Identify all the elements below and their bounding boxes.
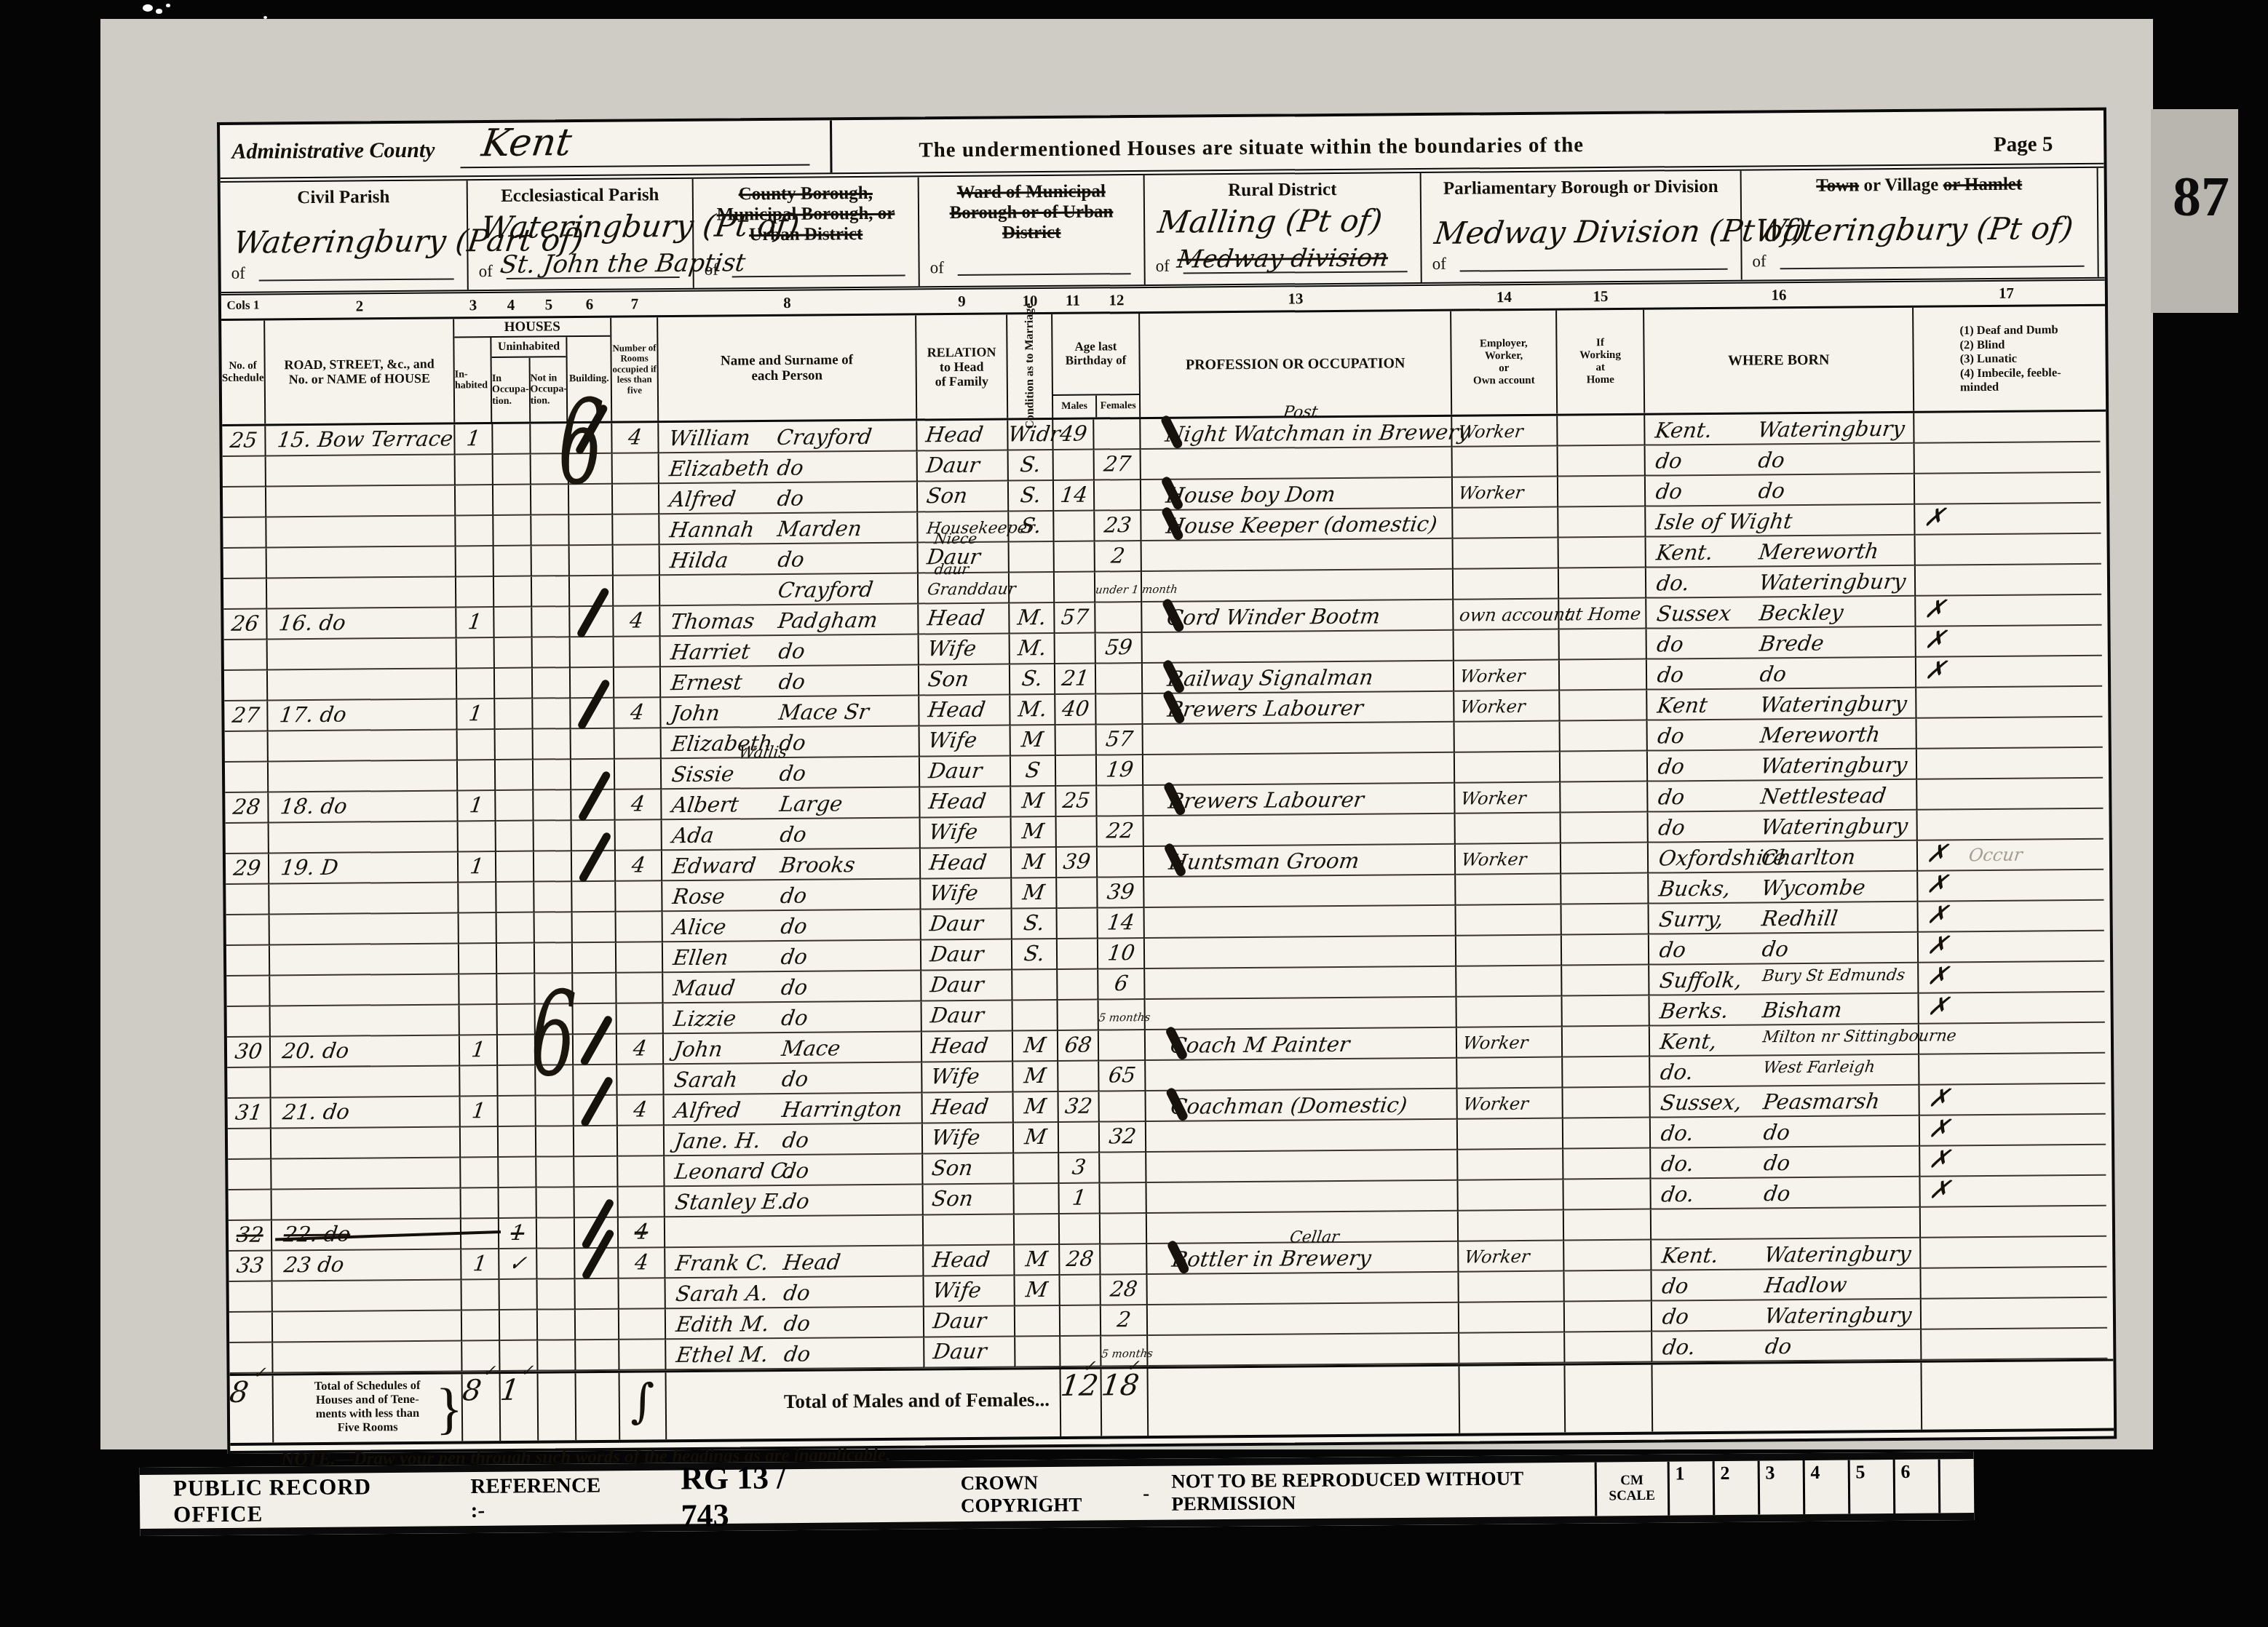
table-header-row: No. of ScheduleROAD, STREET, &c., andNo.… bbox=[221, 306, 2106, 426]
cell-age-male bbox=[1055, 634, 1096, 664]
cell-age-male: 49 bbox=[1053, 420, 1094, 450]
cell-at-home bbox=[1563, 1118, 1651, 1150]
cell-inhabited bbox=[456, 516, 493, 546]
cell-at-home bbox=[1559, 568, 1646, 600]
cell-age-male: 68 bbox=[1058, 1031, 1099, 1062]
cell-at-home bbox=[1560, 629, 1647, 661]
cell-age-male bbox=[1058, 970, 1098, 1001]
totcell-empty bbox=[576, 1373, 621, 1440]
cell-inhabited bbox=[461, 1127, 499, 1158]
born-place: Nettlestead bbox=[1759, 783, 1887, 808]
scan-speck bbox=[166, 4, 170, 7]
cell-building bbox=[573, 912, 616, 943]
cell-at-home bbox=[1561, 813, 1649, 844]
condition-value: M. bbox=[1016, 605, 1047, 629]
employer-value: Worker bbox=[1451, 421, 1525, 442]
header-age-label: Age last Birthday of bbox=[1052, 314, 1139, 394]
cell-age-male bbox=[1060, 1306, 1101, 1337]
cell-in-occupation bbox=[493, 485, 531, 516]
cell-name: ThomasPadgham bbox=[660, 604, 919, 637]
cell-in-occupation bbox=[495, 638, 533, 669]
infirmity-cross: ✗ bbox=[1927, 1083, 1951, 1113]
cell-inhabited: 1 bbox=[457, 699, 495, 730]
name-surname: do bbox=[781, 1128, 811, 1153]
cell-employer bbox=[1459, 1211, 1564, 1242]
relation-value: Head bbox=[921, 1094, 990, 1120]
cell-in-occupation bbox=[494, 608, 532, 638]
cell-road bbox=[266, 455, 456, 487]
cell-at-home bbox=[1561, 843, 1649, 875]
total-males-females-label-cell: Total of Males and of Females... bbox=[667, 1369, 1062, 1439]
schedule-number: 27 bbox=[231, 703, 261, 728]
cell-road: 20. do bbox=[271, 1035, 460, 1067]
cell-name: Alfreddo bbox=[659, 482, 918, 514]
cell-relation: Daur bbox=[924, 1306, 1015, 1337]
cell-in-occupation bbox=[500, 1310, 538, 1341]
relation-value: Daur bbox=[920, 972, 986, 998]
age-female: 5 months bbox=[1098, 1012, 1151, 1023]
name-given: Sissie bbox=[670, 761, 736, 787]
cell-profession: Coachman (Domestic) bbox=[1146, 1089, 1458, 1122]
at-home-value: at Home bbox=[1558, 604, 1643, 625]
cell-building bbox=[571, 729, 615, 760]
cell-inhabited bbox=[461, 1158, 499, 1188]
cell-in-occupation bbox=[497, 944, 535, 974]
name-surname: Crayford bbox=[776, 424, 874, 450]
cell-road bbox=[270, 974, 459, 1006]
age-male: 40 bbox=[1060, 696, 1090, 721]
relation-above: Niece bbox=[933, 530, 978, 547]
age-female: 10 bbox=[1106, 940, 1135, 965]
cell-profession bbox=[1143, 631, 1454, 664]
cell-schedule: 27 bbox=[224, 701, 268, 731]
cell-profession: Coach M Painter bbox=[1146, 1028, 1457, 1061]
cell-relation: Daur bbox=[924, 1337, 1015, 1368]
cell-condition bbox=[1014, 1184, 1059, 1214]
cell-infirmity bbox=[1917, 809, 2103, 841]
cell-name: Frank C.Head bbox=[665, 1246, 924, 1278]
cell-road bbox=[270, 913, 459, 945]
cell-rooms: 4 bbox=[618, 1095, 665, 1126]
cell-schedule bbox=[228, 1129, 271, 1159]
cell-rooms bbox=[615, 759, 662, 790]
cell-relation: Head bbox=[924, 1245, 1015, 1276]
cell-road: 15. Bow Terrace bbox=[266, 424, 455, 456]
cell-rooms bbox=[613, 453, 659, 485]
total-females-cell: 18✓ bbox=[1101, 1369, 1149, 1436]
header-employer: Employer,Worker,orOwn account bbox=[1451, 311, 1558, 415]
cell-relation: Daur bbox=[921, 970, 1012, 1001]
name-given: Harriet bbox=[669, 639, 751, 664]
cell-in-occupation bbox=[495, 669, 533, 699]
profession-value: Coach M Painter bbox=[1169, 1032, 1352, 1058]
header-age-males: Males bbox=[1053, 396, 1097, 418]
cell-not-in-occupation bbox=[535, 912, 573, 943]
infirmity-cross: ✗ bbox=[1925, 870, 1950, 899]
total-rooms-cell: ∫ bbox=[620, 1372, 667, 1439]
employer-value: Worker bbox=[1456, 1033, 1529, 1054]
schedule-number: 26 bbox=[230, 611, 260, 636]
cell-age-female bbox=[1096, 694, 1143, 725]
total-males-cell: 12✓ bbox=[1060, 1369, 1102, 1436]
cell-in-occupation: 1 bbox=[499, 1219, 537, 1249]
cell-rooms: 4 bbox=[619, 1217, 665, 1249]
cell-in-occupation bbox=[496, 791, 534, 822]
in-occupation-mark: 1 bbox=[509, 1220, 526, 1245]
header-condition: Condition as to Marriage bbox=[1007, 314, 1053, 418]
name-surname: do bbox=[777, 639, 807, 664]
relation-value: Head bbox=[919, 850, 988, 875]
parish-of-line bbox=[1460, 268, 1728, 272]
born-county: do bbox=[1658, 937, 1688, 962]
enumerator-flourish: 6 bbox=[529, 973, 577, 1097]
cell-age-female bbox=[1100, 1091, 1146, 1123]
cell-where-born: dodo bbox=[1646, 474, 1915, 507]
cell-rooms bbox=[616, 973, 663, 1004]
employer-value: Worker bbox=[1457, 1246, 1531, 1268]
schedule-number: 28 bbox=[231, 795, 261, 819]
cell-at-home bbox=[1564, 1271, 1652, 1302]
age-male: 1 bbox=[1071, 1185, 1087, 1210]
cell-employer bbox=[1454, 538, 1559, 570]
header-age-inner: Age last Birthday ofMalesFemales bbox=[1052, 314, 1139, 418]
cell-employer bbox=[1459, 1302, 1565, 1334]
cell-relation bbox=[924, 1214, 1015, 1246]
born-place: Peasmarsh bbox=[1761, 1089, 1881, 1114]
cm-scale-mark: 1 bbox=[1667, 1461, 1713, 1516]
parish-of-line bbox=[732, 275, 905, 278]
infirmity-cross: ✗ bbox=[1923, 594, 1948, 624]
cell-employer: Worker bbox=[1459, 1241, 1564, 1273]
relation-value: Head bbox=[916, 422, 985, 447]
cell-relation: Daur bbox=[920, 756, 1011, 787]
schedule-number: 30 bbox=[233, 1039, 263, 1064]
cell-in-occupation bbox=[499, 1127, 536, 1158]
cell-infirmity: ✗ bbox=[1920, 1145, 2106, 1177]
rooms-count: 4 bbox=[633, 1219, 650, 1244]
cell-rooms bbox=[615, 728, 662, 760]
cell-rooms bbox=[618, 1156, 665, 1188]
age-male: 57 bbox=[1060, 605, 1090, 629]
cell-not-in-occupation bbox=[538, 1340, 576, 1371]
cell-condition bbox=[1012, 970, 1058, 1001]
born-place: Charlton bbox=[1759, 844, 1857, 870]
born-place: Wateringbury bbox=[1759, 752, 1908, 779]
cell-infirmity: ✗ bbox=[1919, 992, 2104, 1025]
parish-field-label: Ecclesiastical Parish bbox=[468, 185, 692, 207]
cell-employer: Worker bbox=[1457, 1027, 1563, 1059]
cell-age-female bbox=[1101, 1214, 1147, 1245]
cell-schedule bbox=[223, 456, 266, 487]
cell-name: Elizabethdo bbox=[662, 726, 920, 759]
cell-relation: Daur bbox=[922, 1001, 1013, 1032]
born-county: do bbox=[1657, 784, 1686, 809]
cell-at-home bbox=[1564, 1210, 1652, 1241]
cell-not-in-occupation bbox=[532, 546, 570, 576]
header-name: Name and Surname ofeach Person bbox=[658, 315, 917, 421]
cell-inhabited bbox=[457, 638, 495, 669]
cell-condition: M. bbox=[1010, 634, 1055, 664]
admin-county-box: Administrative County Kent bbox=[220, 120, 833, 178]
tick-mark: ✓ bbox=[253, 1364, 266, 1383]
born-county: Sussex, bbox=[1659, 1090, 1743, 1115]
cell-road bbox=[267, 577, 456, 609]
cell-inhabited: 1 bbox=[456, 608, 494, 638]
age-female: 65 bbox=[1107, 1062, 1137, 1087]
cell-not-in-occupation bbox=[534, 821, 572, 851]
cell-profession bbox=[1148, 1303, 1459, 1336]
employer-value: Worker bbox=[1453, 666, 1526, 687]
tick-mark: ✓ bbox=[1082, 1358, 1096, 1376]
cell-at-home bbox=[1561, 721, 1648, 752]
cell-relation: Wife bbox=[923, 1123, 1014, 1154]
cell-infirmity bbox=[1921, 1206, 2106, 1238]
cell-age-female: 2 bbox=[1101, 1305, 1148, 1337]
cell-employer bbox=[1455, 752, 1561, 784]
cell-infirmity bbox=[1915, 473, 2101, 505]
cell-age-male: 14 bbox=[1054, 481, 1095, 512]
cell-rooms bbox=[617, 1065, 664, 1096]
cell-profession bbox=[1145, 906, 1456, 939]
rooms-count: 4 bbox=[630, 791, 646, 816]
cell-where-born: do.West Farleigh bbox=[1650, 1055, 1919, 1088]
cell-not-in-occupation bbox=[534, 882, 572, 912]
name-surname: do bbox=[776, 456, 806, 480]
cell-schedule: 29 bbox=[226, 854, 269, 884]
cell-relation: Wife bbox=[924, 1276, 1015, 1307]
cell-age-male bbox=[1057, 878, 1098, 909]
cell-schedule bbox=[227, 1067, 271, 1098]
parish-field: Ward of Municipal Borough or of Urban Di… bbox=[919, 175, 1146, 286]
name-given: Alice bbox=[671, 915, 727, 940]
cell-condition: M bbox=[1015, 1245, 1060, 1276]
cell-name: Leonard C.do bbox=[665, 1154, 923, 1187]
inhabited-mark: 1 bbox=[470, 1037, 487, 1062]
name-surname: Padgham bbox=[777, 608, 880, 633]
cell-employer bbox=[1453, 508, 1558, 539]
cell-age-male bbox=[1056, 756, 1097, 787]
cell-in-occupation bbox=[497, 913, 535, 944]
name-given: Ernest bbox=[670, 669, 744, 695]
parish-label-word: or Hamlet bbox=[1943, 175, 2023, 195]
totcell-empty bbox=[539, 1373, 577, 1440]
cell-name: WilliamCrayford bbox=[659, 421, 917, 453]
cell-road bbox=[269, 883, 459, 915]
cell-schedule bbox=[223, 548, 267, 578]
cell-road bbox=[273, 1310, 462, 1342]
cell-name: AlfredHarrington bbox=[665, 1093, 923, 1126]
cm-scale-boxes: 123456 bbox=[1667, 1459, 1938, 1515]
cell-where-born: Bucks,Wycombe bbox=[1649, 872, 1918, 904]
page-number: Page 5 bbox=[1994, 132, 2053, 157]
cell-building bbox=[576, 1310, 619, 1340]
cell-infirmity bbox=[1922, 1298, 2107, 1330]
cell-infirmity bbox=[1919, 1054, 2105, 1086]
name-given: Leonard C. bbox=[673, 1158, 794, 1184]
cell-condition bbox=[1015, 1214, 1060, 1245]
name-surname: do bbox=[780, 944, 809, 969]
census-scan-scene: Administrative County Kent The underment… bbox=[0, 0, 2268, 1627]
parish-field-value: Malling (Pt of) bbox=[1156, 202, 1384, 239]
cell-age-female bbox=[1099, 1030, 1146, 1062]
name-surname: do bbox=[779, 883, 809, 908]
parish-of-line bbox=[1780, 266, 2085, 269]
cm-scale-mark: 2 bbox=[1712, 1461, 1758, 1516]
cell-road: 22. do bbox=[272, 1219, 461, 1251]
cell-relation: Head bbox=[919, 603, 1010, 635]
condition-value: M. bbox=[1017, 696, 1048, 721]
infirmity-cross: ✗ bbox=[1926, 992, 1951, 1021]
cell-age-female: 19 bbox=[1097, 755, 1143, 787]
cell-age-female: 10 bbox=[1098, 939, 1145, 970]
parish-of-label: of bbox=[1155, 257, 1169, 276]
column-number: 11 bbox=[1052, 289, 1093, 312]
column-number: 16 bbox=[1644, 282, 1914, 308]
cell-profession: Night Watchman in BreweryPost bbox=[1141, 417, 1452, 450]
header-road: ROAD, STREET, &c., andNo. or NAME of HOU… bbox=[265, 319, 455, 423]
scan-speck bbox=[263, 16, 267, 19]
cell-employer bbox=[1454, 630, 1560, 661]
cell-profession: House Keeper (domestic) bbox=[1141, 509, 1453, 541]
cell-infirmity: ✗ bbox=[1920, 1176, 2106, 1208]
relation-value: Wife bbox=[918, 728, 978, 753]
cell-at-home bbox=[1562, 904, 1649, 936]
born-county: Bucks, bbox=[1657, 876, 1732, 902]
parish-of-label: of bbox=[1432, 255, 1446, 274]
cell-infirmity bbox=[1919, 1023, 2105, 1055]
cell-schedule bbox=[226, 945, 270, 976]
cell-age-male bbox=[1058, 909, 1098, 939]
cell-employer bbox=[1456, 905, 1562, 936]
condition-value: M bbox=[1023, 1094, 1048, 1118]
cell-where-born: Kent.Wateringbury bbox=[1652, 1238, 1921, 1271]
parish-field-label: Rural District bbox=[1145, 179, 1420, 202]
piece-number-stamp: 87 bbox=[2173, 164, 2229, 229]
total-males-females-label: Total of Males and of Females... bbox=[784, 1388, 1050, 1413]
enumerator-flourish: 6 bbox=[557, 381, 605, 504]
cell-schedule bbox=[223, 578, 267, 609]
cell-condition: S bbox=[1011, 756, 1056, 787]
cell-road bbox=[268, 669, 457, 701]
cell-age-female: 6 bbox=[1098, 969, 1145, 1001]
condition-value: M bbox=[1021, 849, 1046, 874]
cell-profession bbox=[1142, 570, 1454, 602]
cell-at-home bbox=[1558, 507, 1646, 538]
cell-name: Sarahdo bbox=[664, 1062, 922, 1095]
cell-road: 21. do bbox=[271, 1097, 461, 1129]
copyright-dash: - bbox=[1143, 1481, 1149, 1504]
cell-infirmity bbox=[1921, 1268, 2106, 1300]
parish-field: Town or Village or HamletofWateringbury … bbox=[1742, 168, 2099, 280]
cell-not-in-occupation bbox=[532, 607, 570, 637]
cell-where-born: Kent,Milton nr Sittingbourne bbox=[1650, 1025, 1919, 1057]
cell-condition: S. bbox=[1009, 450, 1054, 481]
cell-in-occupation: ✓ bbox=[499, 1249, 537, 1280]
cell-relation: Granddaurdaur bbox=[919, 573, 1010, 604]
cell-relation: Son bbox=[923, 1153, 1014, 1185]
copyright-notice: NOT TO BE REPRODUCED WITHOUT PERMISSION bbox=[1171, 1467, 1551, 1516]
name-given: Elizabeth bbox=[668, 456, 772, 481]
cell-employer bbox=[1457, 1058, 1563, 1089]
cell-road: 23 do bbox=[272, 1249, 461, 1281]
cell-condition: M bbox=[1014, 1092, 1059, 1123]
cell-name: Harrietdo bbox=[661, 635, 919, 667]
born-county: Isle of Wight bbox=[1654, 509, 1793, 535]
cell-in-occupation bbox=[496, 760, 534, 791]
cell-where-born: KentWateringbury bbox=[1647, 688, 1916, 721]
cell-in-occupation bbox=[495, 699, 533, 730]
cell-schedule bbox=[226, 884, 269, 915]
cell-schedule bbox=[229, 1312, 273, 1342]
cell-schedule: 31 bbox=[228, 1098, 271, 1129]
cell-in-occupation bbox=[499, 1158, 536, 1188]
cell-relation: Wife bbox=[921, 878, 1012, 910]
cell-profession bbox=[1143, 753, 1455, 786]
cell-not-in-occupation bbox=[537, 1188, 575, 1218]
cell-condition: S. bbox=[1009, 512, 1054, 542]
header-uninhabited: UninhabitedIn Occupa-tion.Not in Occupa-… bbox=[491, 337, 568, 422]
infirmity-cross: ✗ bbox=[1925, 931, 1950, 960]
cell-relation: Head bbox=[921, 848, 1012, 879]
employer-value: own account bbox=[1453, 604, 1574, 625]
cell-schedule bbox=[223, 517, 266, 548]
cell-condition: M. bbox=[1010, 603, 1055, 634]
cell-at-home bbox=[1563, 1027, 1650, 1058]
cell-rooms bbox=[614, 576, 660, 607]
cell-age-female bbox=[1098, 847, 1144, 878]
cell-profession bbox=[1147, 1273, 1459, 1305]
name-surname: do bbox=[780, 975, 809, 1000]
age-female: 27 bbox=[1102, 451, 1132, 476]
cell-not-in-occupation bbox=[533, 637, 571, 668]
cell-at-home bbox=[1561, 752, 1648, 783]
cell-inhabited bbox=[459, 913, 497, 944]
relation-value: Son bbox=[921, 1186, 975, 1212]
cell-age-male: 21 bbox=[1055, 664, 1096, 695]
cell-infirmity: ✗ bbox=[1916, 595, 2101, 627]
parish-of-label: of bbox=[1752, 252, 1766, 271]
cell-employer: Worker bbox=[1452, 416, 1558, 447]
name-given: John bbox=[673, 1037, 724, 1062]
total-label-cell: Total of Schedules ofHouses and of Tene-… bbox=[274, 1374, 464, 1442]
cell-rooms: 4 bbox=[615, 789, 662, 821]
name-surname: do bbox=[782, 1311, 812, 1336]
scan-speck bbox=[143, 4, 153, 12]
cell-infirmity bbox=[1917, 748, 2103, 780]
cell-infirmity: ✗ bbox=[1916, 626, 2102, 658]
age-male: 49 bbox=[1058, 421, 1088, 446]
cell-not-in-occupation bbox=[537, 1249, 575, 1279]
cell-profession bbox=[1146, 1120, 1458, 1153]
relation-value: Head bbox=[922, 1247, 991, 1273]
cell-name: JohnMace bbox=[664, 1032, 922, 1065]
inhabited-mark: 1 bbox=[470, 1098, 487, 1123]
in-occupation-mark: ✓ bbox=[507, 1251, 528, 1276]
cell-age-male bbox=[1057, 817, 1098, 848]
cell-profession: Bottler in BreweryCellar bbox=[1147, 1242, 1459, 1275]
cell-at-home bbox=[1561, 782, 1648, 813]
profession-value: Night Watchman in Brewery bbox=[1164, 419, 1472, 446]
born-place: Wateringbury bbox=[1757, 569, 1907, 595]
road-name: 17. do bbox=[266, 702, 348, 728]
cell-inhabited bbox=[457, 669, 495, 699]
cell-schedule: 33 bbox=[229, 1251, 272, 1281]
cell-name: HannahMarden bbox=[659, 512, 918, 545]
cell-building bbox=[573, 974, 616, 1004]
inhabited-mark: 1 bbox=[467, 701, 484, 725]
cm-scale-mark: 4 bbox=[1802, 1460, 1848, 1515]
cell-rooms: 4 bbox=[614, 698, 661, 729]
